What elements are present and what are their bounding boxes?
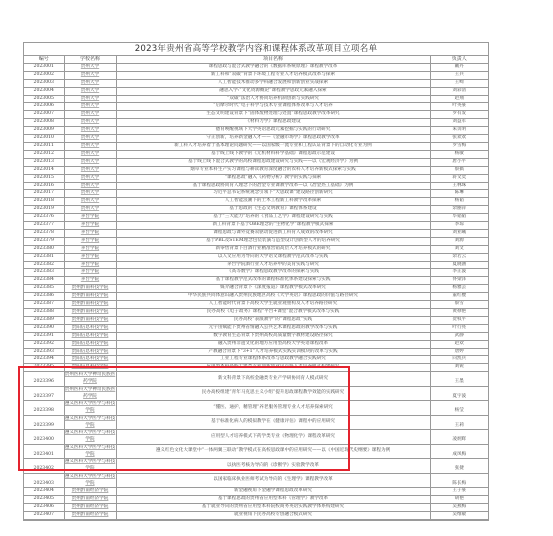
cell-number: 2023010 [24, 135, 64, 143]
cell-school: 遵义医科大学医学与科技学院 [64, 401, 116, 416]
table-row: 2023385贵州黔南科技学院媒介融合背景下《深度报道》课程教学模式改革研究杨雅… [24, 285, 488, 293]
cell-number: 2023008 [24, 119, 64, 127]
cell-school: 遵义医科大学医学与科技学院 [64, 430, 116, 445]
cell-number: 2023009 [24, 127, 64, 135]
table-row: 2023018贵州大学人工智能浪潮下的土木工程新工科教学改革探索杨韬 [24, 198, 488, 206]
cell-number: 2023407 [24, 511, 64, 519]
cell-project: 工业工程专业课程体系改革与思政教学融合实践研究 [116, 356, 430, 364]
table-row: 2023393贵阳信息科技学院产教融合背景下“3+1”人才培养模式实践实训模块的… [24, 348, 488, 356]
table-row: 2023382茅台学院茅台学院酒行业人才培养中的美育实践与研究夏晓涵 [24, 261, 488, 269]
cell-school: 贵州黔南科技学院 [64, 285, 116, 293]
cell-lead: 刘益军 [430, 119, 488, 127]
cell-project: 基于课程教学范式改革的课程标准化体系建设探索与实践 [116, 277, 430, 285]
cell-project: 新文科背景下高校金融类专业产学研协同育人模式研究 [116, 372, 430, 387]
cell-project: 基于就业导向的贵州省应用型本科院校商务英语实践教学体系构建研究 [116, 504, 430, 512]
cell-lead: 毕韬韬 [430, 214, 488, 222]
cell-school: 贵州医科大学神奇民族医药学院 [64, 386, 116, 401]
cell-project: 民办高校《电子政务》课程“平台+课堂”混合教学模式改革与实践 [116, 309, 430, 317]
cell-number: 2023004 [24, 87, 64, 95]
table-row: 2023003贵州大学人工智能技术推动多学科融合发展和创新创业实战探索王崎 [24, 79, 488, 87]
cell-lead: 叶英豪 [430, 103, 488, 111]
cell-number: 2023379 [24, 237, 64, 245]
cell-school: 贵州大学 [64, 111, 116, 119]
cell-school: 贵阳信息科技学院 [64, 324, 116, 332]
cell-number: 2023003 [24, 79, 64, 87]
cell-school: 茅台学院 [64, 222, 116, 230]
cell-number: 2023386 [24, 293, 64, 301]
cell-project: 守正创新，培养新金融人才——《金融市场学》课程思政教学改革 [116, 135, 430, 143]
cell-project: “懂医、通护、精管理”养老服务管理专业人才培养探索研究 [116, 401, 430, 416]
table-row: 2023002贵州大学新工科和“双碳”背景下环境工程专业人才培养模式改革与探索王… [24, 71, 488, 79]
table-row: 2023379茅台学院基于PBL及STEM理念包装装潢与造型设计创新型人才的培养… [24, 237, 488, 245]
cell-number: 2023401 [24, 444, 64, 459]
cell-project: 元宇宙赋能下贵州省情融入公共艺术课程思政的教学改革与实践 [116, 324, 430, 332]
cell-school: 茅台学院 [64, 237, 116, 245]
cell-lead: 张捷 [430, 459, 488, 474]
cell-project: 茅台学院酒行业人才培养中的美育实践与研究 [116, 261, 430, 269]
cell-number: 2023389 [24, 316, 64, 324]
cell-lead: 李正波 [430, 269, 488, 277]
cell-project: 产教融合背景下“3+1”人才培养模式实践实训模块的改革与实践 [116, 348, 430, 356]
cell-school: 贵州大学 [64, 206, 116, 214]
table-row: 2023006贵州大学“后摩尔时代”电子科学与技术专业课程体系改革与人才培养叶英… [24, 103, 488, 111]
table-row: 2023014贵州大学烟草专业本科生产实习课程与耕读教育深度融合的农科人才培养新… [24, 166, 488, 174]
cell-lead: 王墨 [430, 372, 488, 387]
table-row: 2023391贵阳信息科技学院数字教育生态背景下贵州高校高质量数字教材建设路径探… [24, 332, 488, 340]
cell-lead: 朱贞明 [430, 127, 488, 135]
cell-number: 2023406 [24, 504, 64, 512]
cell-project: 以人文应用为导向的大学语文课程教学范式改革与实践 [116, 253, 430, 261]
cell-lead: 赵翔 [430, 95, 488, 103]
cell-school: 贵州大学 [64, 142, 116, 150]
table-row: 2023012贵州大学基于线上线下教学的《无机材料科学基础》课程思政示范建设杨敏 [24, 150, 488, 158]
cell-project: 基于课程思政的贵州省应用型本科《管理学》教学改革 [116, 496, 430, 504]
cell-school: 贵州黔南科技学院 [64, 316, 116, 324]
table-row: 2023400遵义医科大学医学与科技学院应用型人才培养模式下药学类专业《物理化学… [24, 430, 488, 445]
cell-lead: 蒋文奕 [430, 174, 488, 182]
cell-project: 应用型本科高校土建类专业创新创业试点班人才培养模式构建研究 [116, 364, 430, 372]
table-row: 2023013贵州大学基于线上线下混合式教学的高校课程思政建设研究与实践——以《… [24, 158, 488, 166]
cell-lead: 武静 [430, 332, 488, 340]
cell-school: 贵阳信息科技学院 [64, 356, 116, 364]
cell-school: 遵义医科大学医学与科技学院 [64, 459, 116, 474]
table-row: 2023010贵州大学守正创新，培养新金融人才——《金融市场学》课程思政教学改革… [24, 135, 488, 143]
cell-lead: 佟梁泽 [430, 277, 488, 285]
cell-lead: 叶行亮 [430, 324, 488, 332]
table-row: 2023390贵阳信息科技学院元宇宙赋能下贵州省情融入公共艺术课程思政的教学改革… [24, 324, 488, 332]
cell-number: 2023391 [24, 332, 64, 340]
cell-school: 贵阳信息科技学院 [64, 340, 116, 348]
cell-lead: 凌炳辉 [430, 430, 488, 445]
column-header-lead: 负责人 [430, 56, 488, 63]
cell-lead: 杨雅芸 [430, 285, 488, 293]
cell-lead: 赵欢 [430, 340, 488, 348]
cell-lead: 杨韬 [430, 198, 488, 206]
cell-project: 融入贵州非遗文化的地方应用型高校大学英语课程改革 [116, 340, 430, 348]
cell-number: 2023018 [24, 198, 64, 206]
cell-project: 基于标准化病人的模拟教学在《健康评估》课程中的应用研究 [116, 415, 430, 430]
cell-school: 贵州黔南科技学院 [64, 309, 116, 317]
table-row: 2023380茅台学院新零售背景下白酒行业精准营销高层人才培养模式的研究刘文 [24, 245, 488, 253]
table-row: 2023397贵州医科大学神奇民族医药学院民办高校组建“青年马克思主义小组”提升… [24, 386, 488, 401]
cell-school: 贵州大学 [64, 150, 116, 158]
cell-project: 融思入学:“文化资源概论”课程教学思政元素融入探索 [116, 87, 430, 95]
cell-number: 2023019 [24, 206, 64, 214]
cell-lead: 吴燕梅 [430, 504, 488, 512]
cell-school: 贵州大学 [64, 182, 116, 190]
cell-project: 人工智能浪潮下的土木工程新工科教学改革探索 [116, 198, 430, 206]
table-row: 2023389贵州黔南科技学院民办高校“表演教学”的“课程思政”实践贺权平 [24, 316, 488, 324]
cell-lead: 成凤梅 [430, 444, 488, 459]
table-row: 2023015贵州大学“课程思政”融入《药物分析》教学的实践与探索蒋文奕 [24, 174, 488, 182]
table-row: 2023386贵州黔南科技学院中华民族共同体意识融入贵州民族地区高校《大学英语》… [24, 293, 488, 301]
cell-number: 2023390 [24, 324, 64, 332]
cell-project: “课程思政”融入《药物分析》教学的实践与探索 [116, 174, 430, 182]
cell-lead: 向凯兵 [430, 356, 488, 364]
cell-lead: 唐小平 [430, 158, 488, 166]
cell-project: 遵义红色文化大课堂中“一体两翼三联动”教学模式在高校思政课中的应用研究——以《中… [116, 444, 430, 459]
cell-school: 贵阳信息科技学院 [64, 364, 116, 372]
cell-lead: 陈长梅 [430, 473, 488, 488]
cell-number: 2023011 [24, 142, 64, 150]
cell-project: 人工智能时代背景下高校大学生就业观重构及人才培养路径研究 [116, 301, 430, 309]
cell-lead: 李琼 [430, 222, 488, 230]
table-row: 2023009贵州大学德育唤醒视域下大学英语思政元素挖掘与实践的行动研究朱贞明 [24, 127, 488, 135]
cell-project: 《高等数学》课程思政教学改革的探索与实践 [116, 269, 430, 277]
table-row: 2023402遵义医科大学医学与科技学院以执医考核为导向的《诊断学》实验教学改革… [24, 459, 488, 474]
cell-number: 2023400 [24, 430, 64, 445]
cell-project: 数字教育生态背景下贵州高校高质量数字教材建设路径探究 [116, 332, 430, 340]
table-row: 2023406贵州黔南经济学院基于就业导向的贵州省应用型本科院校商务英语实践教学… [24, 504, 488, 512]
column-header-school: 学校名称 [64, 56, 116, 63]
cell-school: 茅台学院 [64, 229, 116, 237]
cell-project: 德育唤醒视域下大学英语思政元素挖掘与实践的行动研究 [116, 127, 430, 135]
table-row: 2023388贵州黔南科技学院民办高校《电子政务》课程“平台+课堂”混合教学模式… [24, 309, 488, 317]
table-header-row: 编号 学校名称 项目名称 负责人 [24, 56, 488, 63]
cell-lead: 董红樱 [430, 293, 488, 301]
cell-lead: 夏宇波 [430, 386, 488, 401]
cell-number: 2023014 [24, 166, 64, 174]
cell-number: 2023381 [24, 253, 64, 261]
table-row: 2023401遵义医科大学医学与科技学院遵义红色文化大课堂中“一体两翼三联动”教… [24, 444, 488, 459]
cell-school: 贵州黔南经济学院 [64, 511, 116, 519]
cell-school: 贵州大学 [64, 71, 116, 79]
cell-lead: 杨莹 [430, 401, 488, 416]
cell-school: 遵义医科大学医学与科技学院 [64, 444, 116, 459]
cell-lead: 刘彩清 [430, 87, 488, 95]
cell-school: 贵州黔南科技学院 [64, 293, 116, 301]
cell-number: 2023396 [24, 372, 64, 387]
cell-number: 2023382 [24, 261, 64, 269]
cell-project: 生态文明建设背景下“固体废物处理与处置”课程思政教学改革研究 [116, 111, 430, 119]
table-row: 2023017贵州大学习近平总书记系统观念引领下“大思政课”建设路径创新研究陈琳 [24, 190, 488, 198]
cell-lead: 王子豪 [430, 488, 488, 496]
table-row: 2023019贵州大学基于思政的《生态文明教育》课程体系建设余丽萍 [24, 206, 488, 214]
cell-lead: 贺权平 [430, 316, 488, 324]
project-table: 编号 学校名称 项目名称 负责人 2023001贵州大学课程思政与混合式教学融合… [24, 56, 488, 520]
cell-number: 2023387 [24, 301, 64, 309]
cell-school: 贵州黔南科技学院 [64, 301, 116, 309]
cell-number: 2023394 [24, 356, 64, 364]
table-row: 2023008贵州大学《材料力学》课程思政建设刘益军 [24, 119, 488, 127]
column-header-project: 项目名称 [116, 56, 430, 63]
table-row: 2023378茅台学院课程思政与课外竞赛双驱动促进新工科育人成效的改革研究刘亚曦 [24, 229, 488, 237]
cell-number: 2023397 [24, 386, 64, 401]
cell-lead: 罗有发 [430, 111, 488, 119]
cell-project: 基于课程思政协同育人理念下的冶金专业课教学改革—以《冶金热工基础》为例 [116, 182, 430, 190]
table-row: 2023004贵州大学融思入学:“文化资源概论”课程教学思政元素融入探索刘彩清 [24, 87, 488, 95]
cell-project: 新工科和“双碳”背景下环境工程专业人才培养模式改革与探索 [116, 71, 430, 79]
cell-number: 2023398 [24, 401, 64, 416]
table-row: 2023384茅台学院基于课程教学范式改革的课程标准化体系建设探索与实践佟梁泽 [24, 277, 488, 285]
cell-school: 贵州大学 [64, 127, 116, 135]
cell-number: 2023404 [24, 488, 64, 496]
cell-lead: 罗雪梅 [430, 142, 488, 150]
cell-project: 人工智能技术推动多学科融合发展和创新创业实战探索 [116, 79, 430, 87]
cell-number: 2023377 [24, 222, 64, 230]
cell-project: “后摩尔时代”电子科学与技术专业课程体系改革与人才培养 [116, 103, 430, 111]
cell-school: 贵州黔南经济学院 [64, 496, 116, 504]
cell-school: 贵阳信息科技学院 [64, 348, 116, 356]
table-row: 2023398遵义医科大学医学与科技学院“懂医、通护、精管理”养老服务管理专业人… [24, 401, 488, 416]
cell-lead: 王莉 [430, 415, 488, 430]
cell-lead: 戴丹 [430, 63, 488, 71]
cell-project: 新金融视角下金融学课程思政改革研究 [116, 488, 430, 496]
cell-lead: 刘亚曦 [430, 229, 488, 237]
cell-number: 2023376 [24, 214, 64, 222]
cell-school: 茅台学院 [64, 253, 116, 261]
cell-number: 2023402 [24, 459, 64, 474]
table-row: 2023405贵州黔南经济学院基于课程思政的贵州省应用型本科《管理学》教学改革胡… [24, 496, 488, 504]
table-row: 2023407贵州黔南经济学院就业视角下民办高校专创融合模式研究吴维敏 [24, 511, 488, 519]
cell-school: 贵州大学 [64, 63, 116, 71]
cell-number: 2023393 [24, 348, 64, 356]
cell-school: 贵州大学 [64, 103, 116, 111]
table-row: 2023404贵州黔南经济学院新金融视角下金融学课程思政改革研究王子豪 [24, 488, 488, 496]
cell-school: 贵阳信息科技学院 [64, 332, 116, 340]
cell-lead: 刘锐 [430, 364, 488, 372]
cell-lead: 王林珠 [430, 182, 488, 190]
cell-number: 2023378 [24, 229, 64, 237]
cell-lead: 唐婷 [430, 348, 488, 356]
cell-number: 2023013 [24, 158, 64, 166]
cell-project: 以国家临床执业医师考试为导向的《生理学》课程教学改革 [116, 473, 430, 488]
cell-lead: 黄禄艳 [430, 309, 488, 317]
column-header-number: 编号 [24, 56, 64, 63]
cell-school: 贵州医科大学神奇民族医药学院 [64, 372, 116, 387]
cell-project: 基于思政的《生态文明教育》课程体系建设 [116, 206, 430, 214]
cell-number: 2023388 [24, 309, 64, 317]
cell-project: 媒介融合背景下《深度报道》课程教学模式改革研究 [116, 285, 430, 293]
cell-school: 贵州大学 [64, 95, 116, 103]
table-row: 2023399遵义医科大学医学与科技学院基于标准化病人的模拟教学在《健康评估》课… [24, 415, 488, 430]
table-row: 2023016贵州大学基于课程思政协同育人理念下的冶金专业课教学改革—以《冶金热… [24, 182, 488, 190]
cell-lead: 蔡雪 [430, 301, 488, 309]
cell-project: 新工科背景下基于OBE理念的“生物化学”课程教学模式探索 [116, 222, 430, 230]
table-row: 2023395贵阳信息科技学院应用型本科高校土建类专业创新创业试点班人才培养模式… [24, 364, 488, 372]
cell-school: 遵义医科大学医学与科技学院 [64, 415, 116, 430]
cell-lead: 杨敏 [430, 150, 488, 158]
cell-school: 贵州黔南经济学院 [64, 504, 116, 512]
cell-project: 基于“三大能力”培养的《食品工艺学》课程建设研究与实践 [116, 214, 430, 222]
cell-number: 2023405 [24, 496, 64, 504]
cell-lead: 刘文 [430, 245, 488, 253]
cell-project: 中华民族共同体意识融入贵州民族地区高校《大学英语》课程思政的价值与路径研究 [116, 293, 430, 301]
table-row: 2023011贵州大学新工科人才培养着于基本理论问题研究——以国家级一流专业和工… [24, 142, 488, 150]
cell-project: 《材料力学》课程思政建设 [116, 119, 430, 127]
table-row: 2023377茅台学院新工科背景下基于OBE理念的“生物化学”课程教学模式探索李… [24, 222, 488, 230]
cell-school: 贵州大学 [64, 190, 116, 198]
cell-lead: 王崎 [430, 79, 488, 87]
cell-project: 基于PBL及STEM理念包装装潢与造型设计创新型人才的培养研究 [116, 237, 430, 245]
cell-lead: 夏晓涵 [430, 261, 488, 269]
cell-project: 民办高校组建“青年马克思主义小组”提升思政课程教学效能的实践研究 [116, 386, 430, 401]
cell-number: 2023002 [24, 71, 64, 79]
cell-lead: 吴维敏 [430, 511, 488, 519]
cell-school: 贵州大学 [64, 174, 116, 182]
table-row: 2023387贵州黔南科技学院人工智能时代背景下高校大学生就业观重构及人才培养路… [24, 301, 488, 309]
cell-lead: 蔡搞 [430, 166, 488, 174]
cell-number: 2023384 [24, 277, 64, 285]
cell-number: 2023399 [24, 415, 64, 430]
cell-school: 贵州大学 [64, 79, 116, 87]
cell-number: 2023385 [24, 285, 64, 293]
cell-school: 贵州大学 [64, 166, 116, 174]
document-title: 2023年贵州省高等学校教学内容和课程体系改革项目立项名单 [24, 43, 488, 56]
cell-number: 2023006 [24, 103, 64, 111]
cell-number: 2023005 [24, 95, 64, 103]
cell-project: “双碳”法治人才协同培养机制创新与实践研究 [116, 95, 430, 103]
cell-project: 民办高校“表演教学”的“课程思政”实践 [116, 316, 430, 324]
cell-project: 课程思政与课外竞赛双驱动促进新工科育人成效的改革研究 [116, 229, 430, 237]
cell-lead: 胡艳 [430, 496, 488, 504]
cell-lead: 余丽萍 [430, 206, 488, 214]
cell-project: 习近平总书记系统观念引领下“大思政课”建设路径创新研究 [116, 190, 430, 198]
table-row: 2023376茅台学院基于“三大能力”培养的《食品工艺学》课程建设研究与实践毕韬… [24, 214, 488, 222]
cell-project: 以执医考核为导向的《诊断学》实验教学改革 [116, 459, 430, 474]
cell-lead: 陈琳 [430, 190, 488, 198]
cell-school: 贵州大学 [64, 135, 116, 143]
cell-number: 2023380 [24, 245, 64, 253]
cell-school: 茅台学院 [64, 277, 116, 285]
cell-project: 烟草专业本科生产实习课程与耕读教育深度融合的农科人才培养新模式探索与实践 [116, 166, 430, 174]
table-row: 2023396贵州医科大学神奇民族医药学院新文科背景下高校金融类专业产学研协同育… [24, 372, 488, 387]
cell-school: 遵义医科大学医学与科技学院 [64, 473, 116, 488]
cell-school: 茅台学院 [64, 261, 116, 269]
cell-school: 贵州大学 [64, 158, 116, 166]
cell-school: 茅台学院 [64, 269, 116, 277]
cell-lead: 王兵 [430, 71, 488, 79]
cell-project: 应用型人才培养模式下药学类专业《物理化学》课程改革研究 [116, 430, 430, 445]
cell-number: 2023007 [24, 111, 64, 119]
cell-number: 2023016 [24, 182, 64, 190]
cell-number: 2023392 [24, 340, 64, 348]
cell-number: 2023017 [24, 190, 64, 198]
cell-project: 就业视角下民办高校专创融合模式研究 [116, 511, 430, 519]
cell-project: 基于线上线下教学的《无机材料科学基础》课程思政示范建设 [116, 150, 430, 158]
table-row: 2023381茅台学院以人文应用为导向的大学语文课程教学范式改革与实践余若云 [24, 253, 488, 261]
table-body: 2023001贵州大学课程思政与混合式教学融合的《数据库系统原理》课程教学改革戴… [24, 63, 488, 519]
cell-number: 2023395 [24, 364, 64, 372]
cell-number: 2023001 [24, 63, 64, 71]
cell-number: 2023015 [24, 174, 64, 182]
cell-lead: 张欢欢 [430, 135, 488, 143]
table-row: 2023007贵州大学生态文明建设背景下“固体废物处理与处置”课程思政教学改革研… [24, 111, 488, 119]
cell-project: 课程思政与混合式教学融合的《数据库系统原理》课程教学改革 [116, 63, 430, 71]
table-row: 2023403遵义医科大学医学与科技学院以国家临床执业医师考试为导向的《生理学》… [24, 473, 488, 488]
cell-school: 贵州大学 [64, 87, 116, 95]
cell-school: 贵州黔南经济学院 [64, 488, 116, 496]
cell-school: 茅台学院 [64, 214, 116, 222]
table-row: 2023383茅台学院《高等数学》课程思政教学改革的探索与实践李正波 [24, 269, 488, 277]
table-row: 2023392贵阳信息科技学院融入贵州非遗文化的地方应用型高校大学英语课程改革赵… [24, 340, 488, 348]
cell-school: 茅台学院 [64, 245, 116, 253]
cell-number: 2023403 [24, 473, 64, 488]
cell-number: 2023383 [24, 269, 64, 277]
cell-project: 新工科人才培养着于基本理论问题研究——以国家级一流专业和工程认证背景下的自动化专… [116, 142, 430, 150]
cell-lead: 余若云 [430, 253, 488, 261]
table-row: 2023001贵州大学课程思政与混合式教学融合的《数据库系统原理》课程教学改革戴… [24, 63, 488, 71]
table-row: 2023394贵阳信息科技学院工业工程专业课程体系改革与思政教学融合实践研究向凯… [24, 356, 488, 364]
project-list-sheet: 2023年贵州省高等学校教学内容和课程体系改革项目立项名单 编号 学校名称 项目… [23, 42, 489, 521]
table-row: 2023005贵州大学“双碳”法治人才协同培养机制创新与实践研究赵翔 [24, 95, 488, 103]
cell-school: 贵州大学 [64, 119, 116, 127]
cell-project: 新零售背景下白酒行业精准营销高层人才培养模式的研究 [116, 245, 430, 253]
cell-lead: 刘源 [430, 237, 488, 245]
cell-project: 基于线上线下混合式教学的高校课程思政建设研究与实践——以《宏观经济学》为例 [116, 158, 430, 166]
cell-number: 2023012 [24, 150, 64, 158]
cell-school: 贵州大学 [64, 198, 116, 206]
